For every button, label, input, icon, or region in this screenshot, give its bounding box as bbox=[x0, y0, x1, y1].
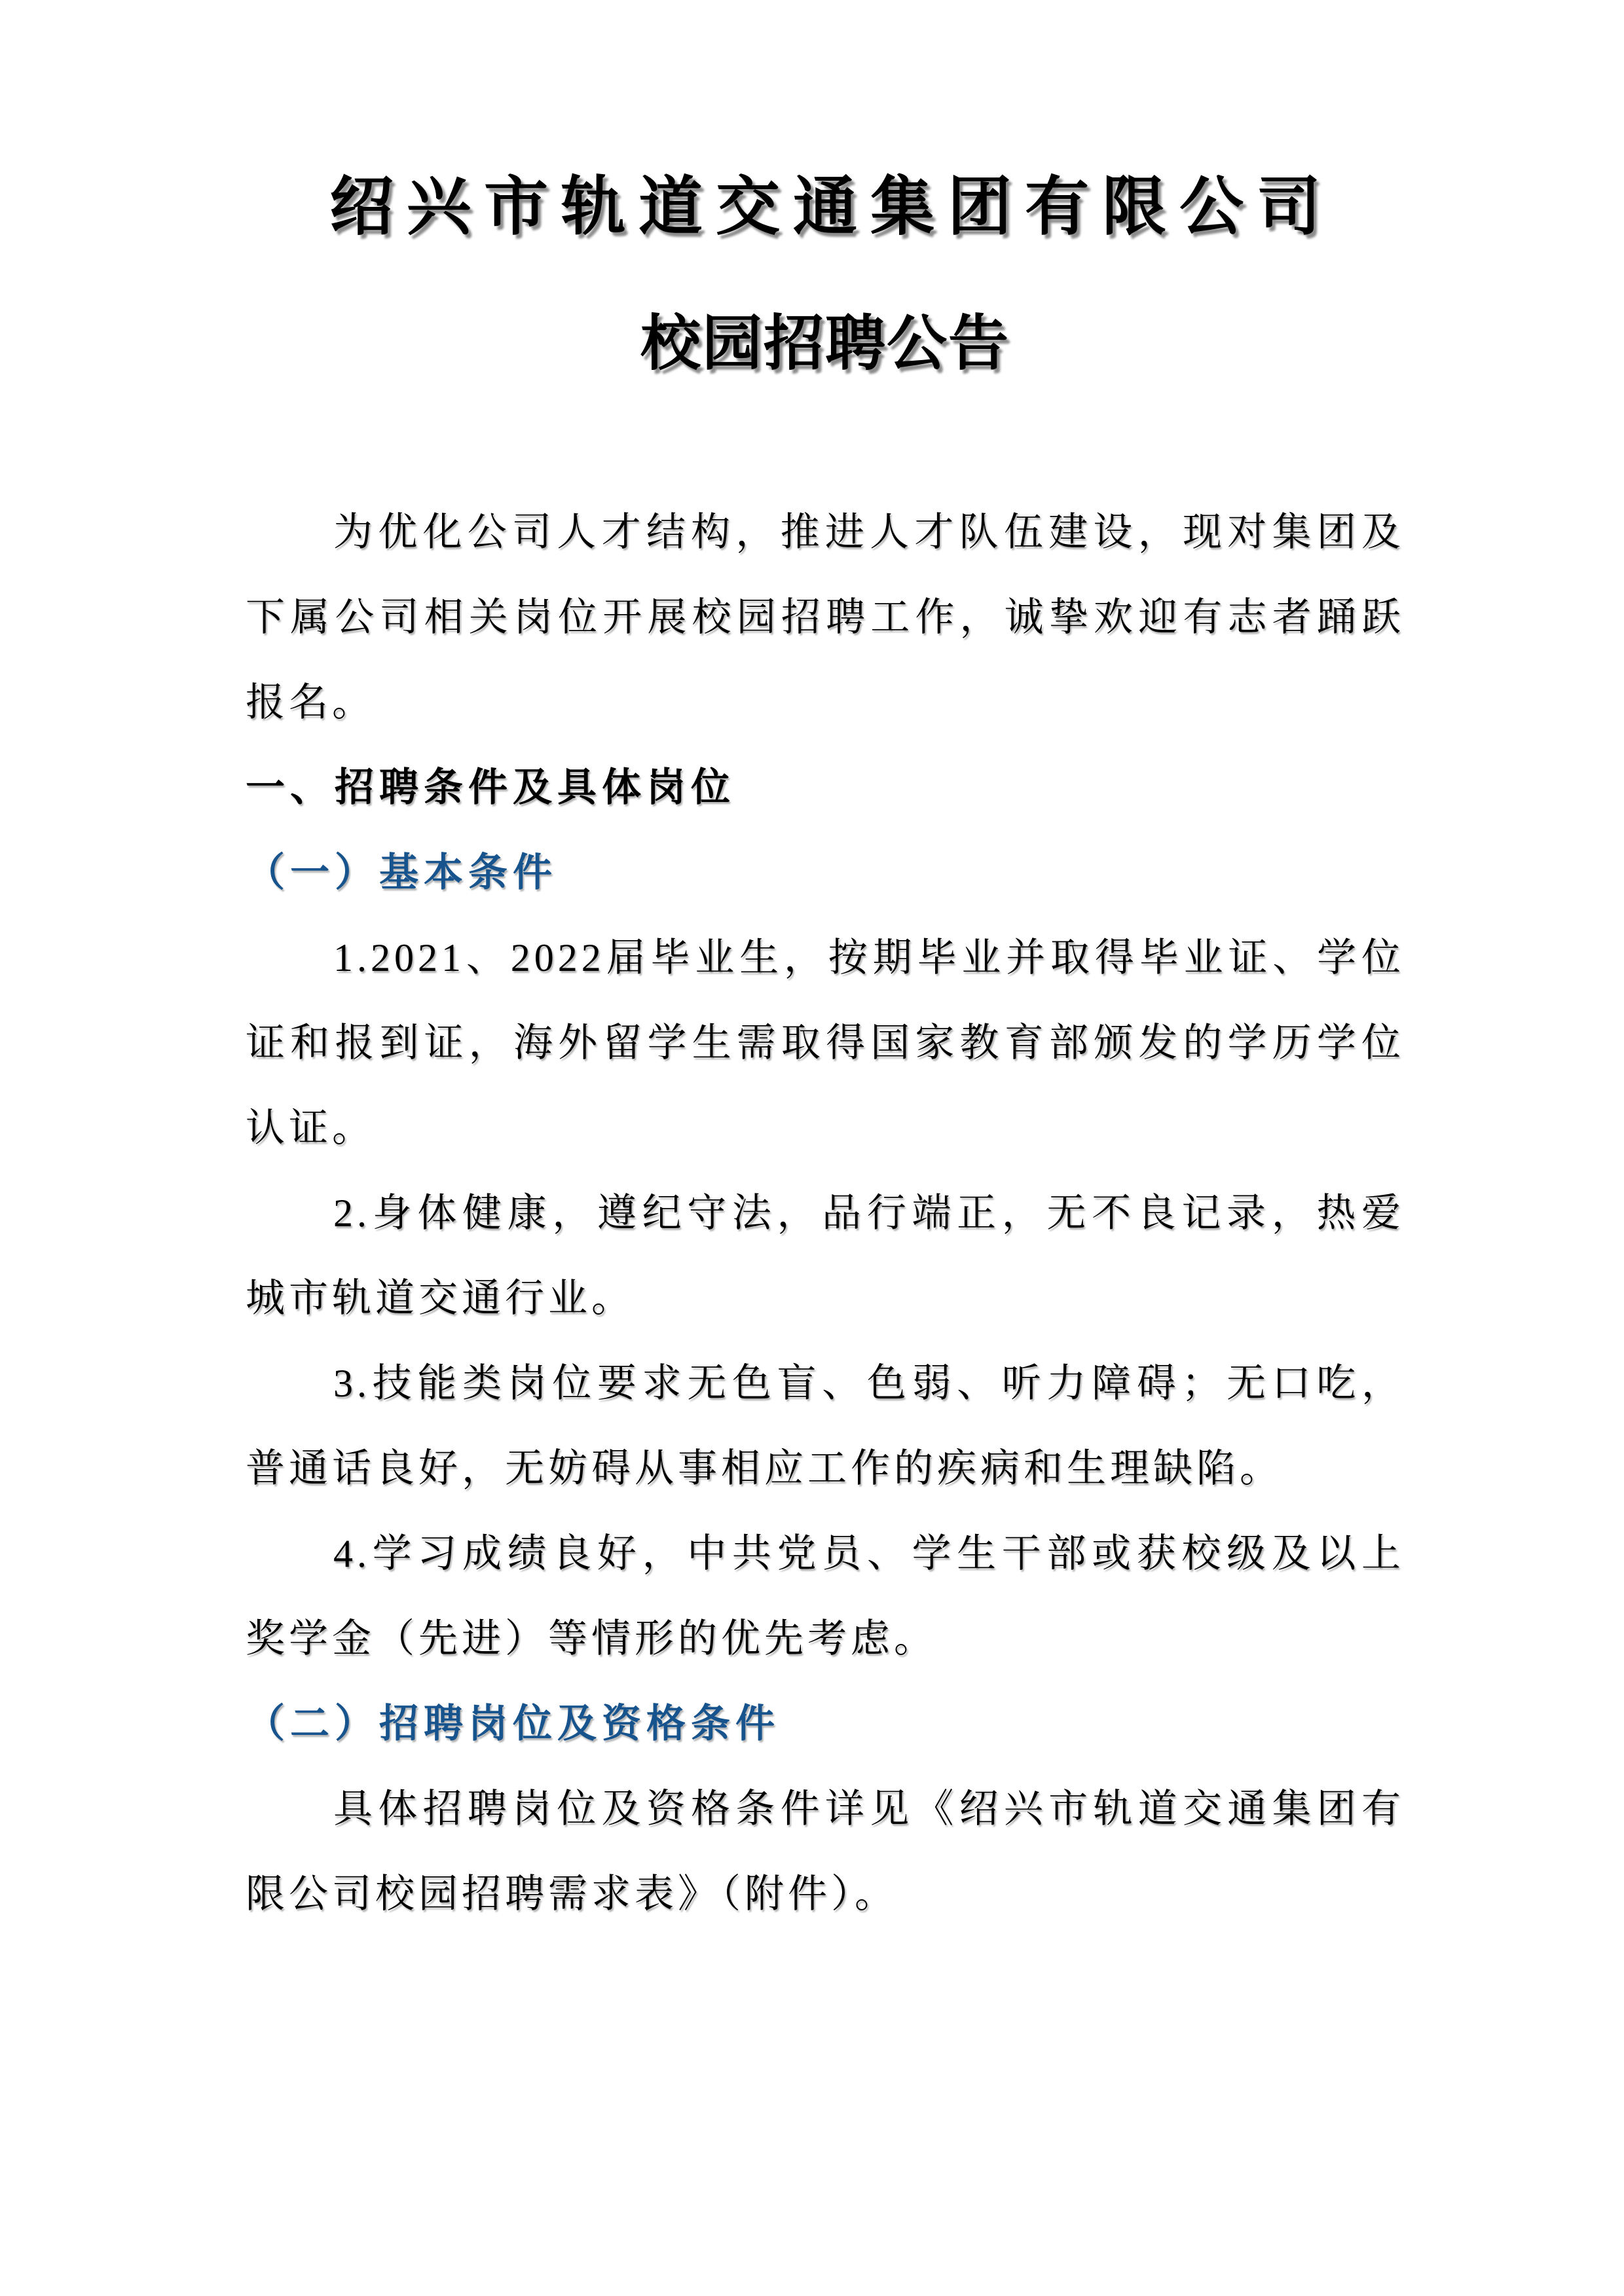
intro-paragraph: 为优化公司人才结构，推进人才队伍建设，现对集团及下属公司相关岗位开展校园招聘工作… bbox=[246, 490, 1405, 745]
document-title-block: 绍兴市轨道交通集团有限公司 校园招聘公告 bbox=[246, 169, 1405, 380]
document-title: 绍兴市轨道交通集团有限公司 bbox=[246, 169, 1405, 247]
condition-item-4: 4.学习成绩良好，中共党员、学生干部或获校级及以上奖学金（先进）等情形的优先考虑… bbox=[246, 1511, 1405, 1681]
subsection-1-1-heading: （一）基本条件 bbox=[246, 830, 1405, 915]
document-page: 绍兴市轨道交通集团有限公司 校园招聘公告 为优化公司人才结构，推进人才队伍建设，… bbox=[0, 0, 1624, 2296]
document-body: 为优化公司人才结构，推进人才队伍建设，现对集团及下属公司相关岗位开展校园招聘工作… bbox=[246, 490, 1405, 1937]
closing-paragraph: 具体招聘岗位及资格条件详见《绍兴市轨道交通集团有限公司校园招聘需求表》（附件）。 bbox=[246, 1766, 1405, 1937]
section-1-heading: 一、招聘条件及具体岗位 bbox=[246, 745, 1405, 830]
condition-item-1: 1.2021、2022届毕业生，按期毕业并取得毕业证、学位证和报到证，海外留学生… bbox=[246, 915, 1405, 1171]
document-subtitle: 校园招聘公告 bbox=[246, 308, 1405, 380]
condition-item-3: 3.技能类岗位要求无色盲、色弱、听力障碍；无口吃，普通话良好，无妨碍从事相应工作… bbox=[246, 1341, 1405, 1511]
condition-item-2: 2.身体健康，遵纪守法，品行端正，无不良记录，热爱城市轨道交通行业。 bbox=[246, 1171, 1405, 1341]
subsection-1-2-heading: （二）招聘岗位及资格条件 bbox=[246, 1681, 1405, 1766]
